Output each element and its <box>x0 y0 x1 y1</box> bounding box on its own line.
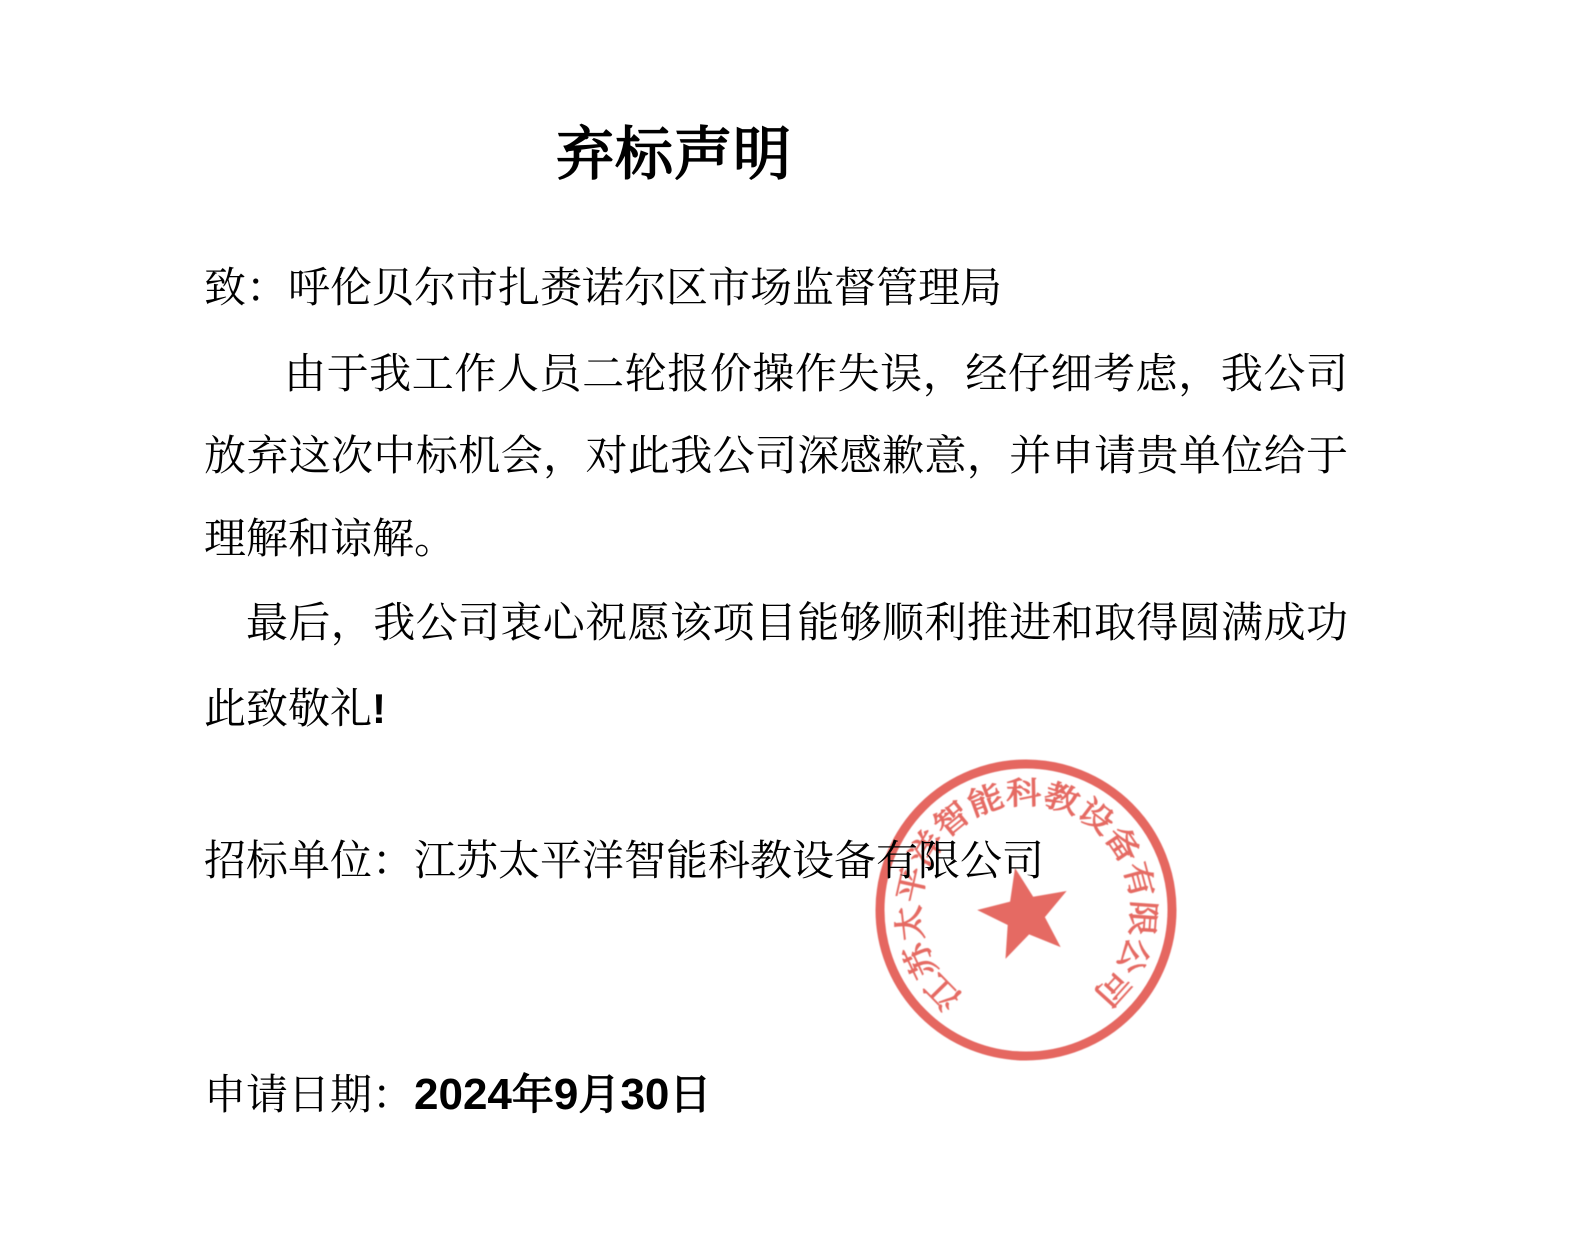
closing-line: 此致敬礼! <box>204 686 1348 733</box>
salutation-line: 致：呼伦贝尔市扎赉诺尔区市场监督管理局 <box>204 266 1348 312</box>
closing-text: 此致敬礼 <box>204 687 372 733</box>
star-icon <box>970 859 1077 963</box>
date-day-suffix: 日 <box>669 1073 711 1119</box>
body-paragraph2-line1: 最后，我公司衷心祝愿该项目能够顺利推进和取得圆满成功 <box>204 601 1348 647</box>
date-year-suffix: 年 <box>512 1073 554 1119</box>
bidder-label: 招标单位： <box>204 839 414 885</box>
document-title: 弃标声明 <box>556 126 792 184</box>
date-label: 申请日期： <box>204 1073 414 1119</box>
closing-exclamation: ! <box>372 685 386 732</box>
date-month: 9 <box>554 1070 578 1119</box>
date-line: 申请日期：2024年9月30日 <box>204 1071 1348 1119</box>
date-year: 2024 <box>414 1070 512 1119</box>
date-month-suffix: 月 <box>578 1073 620 1119</box>
declaration-document: 弃标声明 致：呼伦贝尔市扎赉诺尔区市场监督管理局 由于我工作人员二轮报价操作失误… <box>0 0 1588 1253</box>
date-day: 30 <box>620 1070 669 1119</box>
body-paragraph1-line2: 放弃这次中标机会，对此我公司深感歉意，并申请贵单位给于 <box>204 434 1348 480</box>
company-seal-stamp: 江苏太平洋智能科教设备有限公司 <box>871 755 1181 1065</box>
body-paragraph1-line1: 由于我工作人员二轮报价操作失误，经仔细考虑，我公司 <box>204 352 1348 398</box>
body-paragraph1-line3: 理解和谅解。 <box>204 517 1348 563</box>
